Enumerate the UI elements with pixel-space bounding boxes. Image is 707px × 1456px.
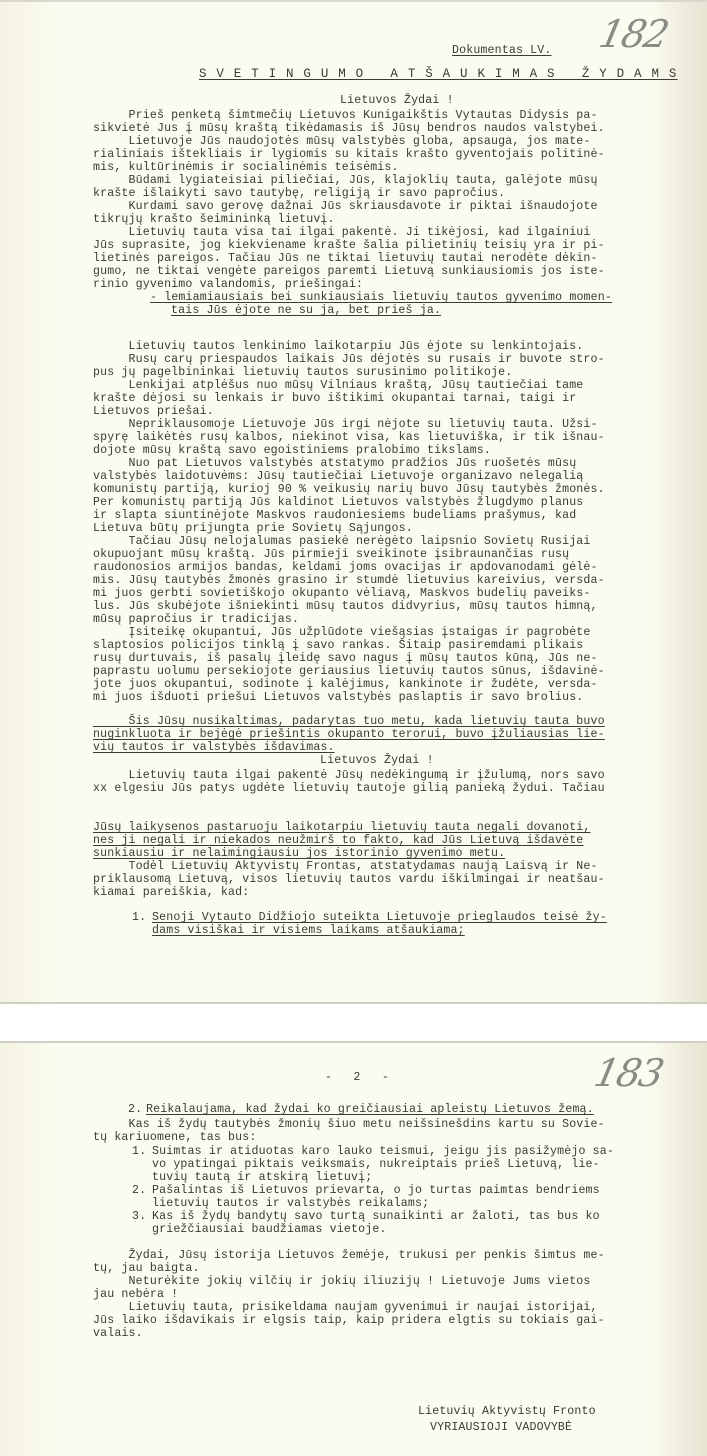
text-line: Kurdami savo gerovę dažnai Jūs skriausda… [93, 200, 598, 213]
salutation-2: Lietuvos Žydai ! [320, 754, 434, 767]
text-line: Prieš penketą šimtmečių Lietuvos Kunigai… [93, 109, 598, 122]
text-line: gumo, ne tiktai vengėte pareigos paremti… [93, 265, 605, 278]
text-line: Lietuvių tauta visa tai ilgai pakentė. J… [93, 226, 591, 239]
text-line: Būdami lygiateisiai piliečiai, Jūs, klaj… [93, 174, 598, 187]
text-line: xx elgesiu Jūs patys ugdėte lietuvių tau… [93, 782, 605, 795]
text-line: valais. [93, 1327, 143, 1340]
document-label: Dokumentas LV. [452, 44, 552, 57]
text-line: ir slapta siuntinėjote Maskvos raudonies… [93, 509, 576, 522]
text-line: nes ji negali ir niekados neužmirš to fa… [93, 834, 583, 847]
text-line: Nepriklausomoje Lietuvoje Jūs irgi nėjot… [93, 418, 598, 431]
text-line: Todėl Lietuvių Aktyvistų Frontas, atstat… [93, 860, 598, 873]
text-line: mis, kultūrinėmis ir socialinėmis teisėm… [93, 161, 399, 174]
list-item-number: 3. [132, 1210, 146, 1223]
text-line: krašte dėjosi su lenkais ir buvo ištikim… [93, 392, 576, 405]
text-line: sikvietė Jus į mūsų kraštą tikėdamasis i… [93, 122, 605, 135]
text-line: mis. Jūsų tautybės žmonės grasino ir stu… [93, 574, 605, 587]
text-line: Lietuvių tauta, prisikeldama naujam gyve… [93, 1301, 598, 1314]
text-line: jote juos okupantui, sodinote į kalėjimu… [93, 678, 598, 691]
text-line: pus jų pagelbininkai lietuvių tautos sur… [93, 366, 512, 379]
text-line: okupuojant mūsų kraštą. Jūs pirmieji sve… [93, 548, 569, 561]
text-line: rialiniais ištekliais ir lygiomis su kit… [93, 148, 605, 161]
text-line: Lietuvoje Jūs naudojotės mūsų valstybės … [93, 135, 591, 148]
document-page-2: 183 - 2 - 2. Reikalaujama, kad žydai ko … [0, 1041, 707, 1456]
signature-title: VYRIAUSIOJI VADOVYBĖ [430, 1421, 572, 1434]
text-line: nuginkluota ir bejėgė priešintis okupant… [93, 728, 605, 741]
text-line: priklausomą Lietuvą, visos lietuvių taut… [93, 873, 605, 886]
text-line: rusų durtuvais, iš pasalų įleidę savo na… [93, 652, 598, 665]
text-line: mi juos gerbti sovietiškojo okupanto vėl… [93, 587, 591, 600]
point-2-number: 2. [128, 1103, 142, 1116]
list-item-text: tuvių tautą ir atskirą lietuvį; [152, 1171, 372, 1184]
text-line: slaptosios policijos tinklą į savo ranka… [93, 639, 583, 652]
text-line: mūsų papročius ir tradicijas. [93, 613, 299, 626]
text-line: Įsiteikę okupantui, Jūs užplūdote viešąs… [93, 626, 591, 639]
handwritten-page-number: 183 [590, 1051, 666, 1095]
text-line: valstybės laidotuvėms: Jūsų tautiečiai L… [93, 470, 583, 483]
text-line: Nuo pat Lietuvos valstybės atstatymo pra… [93, 457, 576, 470]
text-line: Lietuva būtų prijungta prie Sovietų Sąju… [93, 522, 413, 535]
text-line: lietinės pareigos. Tačiau Jūs ne tiktai … [93, 252, 598, 265]
text-line: komunistų partiją, kurioj 90 % veikusių … [93, 483, 605, 496]
list-item-text: Pašalintas iš Lietuvos prievarta, o jo t… [152, 1184, 600, 1197]
text-line: Senoji Vytauto Didžiojo suteikta Lietuvo… [152, 911, 607, 924]
text-line: raudonosios armijos bandas, keldami joms… [93, 561, 598, 574]
text-line: kiamai pareiškia, kad: [93, 886, 249, 899]
text-line: Lietuvos priešai. [93, 405, 214, 418]
text-line: Žydai, Jūsų istorija Lietuvos žemėje, tr… [93, 1249, 605, 1262]
document-page-1: 182 Dokumentas LV. S V E T I N G U M O A… [0, 0, 707, 1004]
page-number: - 2 - [325, 1071, 389, 1084]
list-item-text: vo ypatingai piktais veiksmais, nukreipt… [152, 1158, 600, 1171]
text-line: tikrųjų krašto šeimininką lietuvį. [93, 213, 335, 226]
handwritten-page-number: 182 [595, 12, 671, 56]
text-line: lus. Jūs skubėjote išniekinti mūsų tauto… [93, 600, 598, 613]
text-line: Neturėkite jokių vilčių ir jokių iliuzij… [93, 1275, 591, 1288]
text-line: Per komunistų partiją Jūs kaldinot Lietu… [93, 496, 583, 509]
text-line: Jūsų laikysenos pastaruoju laikotarpiu l… [93, 821, 591, 834]
text-line: paprastu uolumu persekiojote geriausius … [93, 665, 605, 678]
text-line: Tačiau Jūsų nelojalumas pasiekė nerėgėto… [93, 535, 591, 548]
text-line: dojote mūsų kraštą savo egoistiniems pra… [93, 444, 491, 457]
text-line: dams visiškai ir visiems laikams atšauki… [152, 924, 465, 937]
list-item-text: Suimtas ir atiduotas karo lauko teismui,… [152, 1145, 614, 1158]
text-line: tais Jūs ėjote ne su ja, bet prieš ja. [171, 304, 441, 317]
text-line: Jūs suprasite, jog kiekviename krašte ša… [93, 239, 605, 252]
text-line: Kas iš žydų tautybės žmonių šiuo metu ne… [93, 1118, 605, 1131]
text-line: Lietuvių tauta ilgai pakentė Jūsų nedėki… [93, 769, 605, 782]
list-item-number: 2. [132, 1184, 146, 1197]
point-1-number: 1. [132, 911, 146, 924]
text-line: Rusų carų priespaudos laikais Jūs dėjotė… [93, 353, 605, 366]
text-line: Lietuvių tautos lenkinimo laikotarpiu Jū… [93, 340, 583, 353]
text-line: - lemiamiausiais bei sunkiausiais lietuv… [150, 291, 612, 304]
text-line: mi juos išduoti priešui Lietuvos valstyb… [93, 691, 583, 704]
signature-organization: Lietuvių Aktyvistų Fronto [418, 1405, 596, 1418]
text-line: rinio gyvenimo valandomis, priešingai: [93, 278, 363, 291]
list-item-text: lietuvių tautos ir valstybės reikalams; [152, 1197, 429, 1210]
text-line: Šis Jūsų nusikaltimas, padarytas tuo met… [93, 715, 605, 728]
document-title: S V E T I N G U M O A T Š A U K I M A S … [199, 68, 678, 81]
list-item-number: 1. [132, 1145, 146, 1158]
text-line: Lenkijai atplėšus nuo mūsų Vilniaus kraš… [93, 379, 583, 392]
text-line: tų, jau baigta. [93, 1262, 200, 1275]
list-item-text: griežčiausiai baudžiamas vietoje. [152, 1223, 387, 1236]
text-line: vių tautos ir valstybės išdavimas. [93, 741, 335, 754]
list-item-text: Kas iš žydų bandytų savo turtą sunaikint… [152, 1210, 600, 1223]
salutation: Lietuvos Žydai ! [340, 94, 454, 107]
point-2-text: Reikalaujama, kad žydai ko greičiausiai … [146, 1103, 594, 1116]
text-line: krašte išlaikyti savo tautybę, religiją … [93, 187, 505, 200]
text-line: tų kariuomene, tas bus: [93, 1131, 256, 1144]
text-line: sunkiausiu ir nelaimingiausiu jos istori… [93, 847, 505, 860]
text-line: spyrę laikėtės rusų kalbos, niekinot vis… [93, 431, 605, 444]
text-line: Jūs laiko išdavikais ir elgsis taip, kai… [93, 1314, 605, 1327]
text-line: jau nebėra ! [93, 1288, 178, 1301]
